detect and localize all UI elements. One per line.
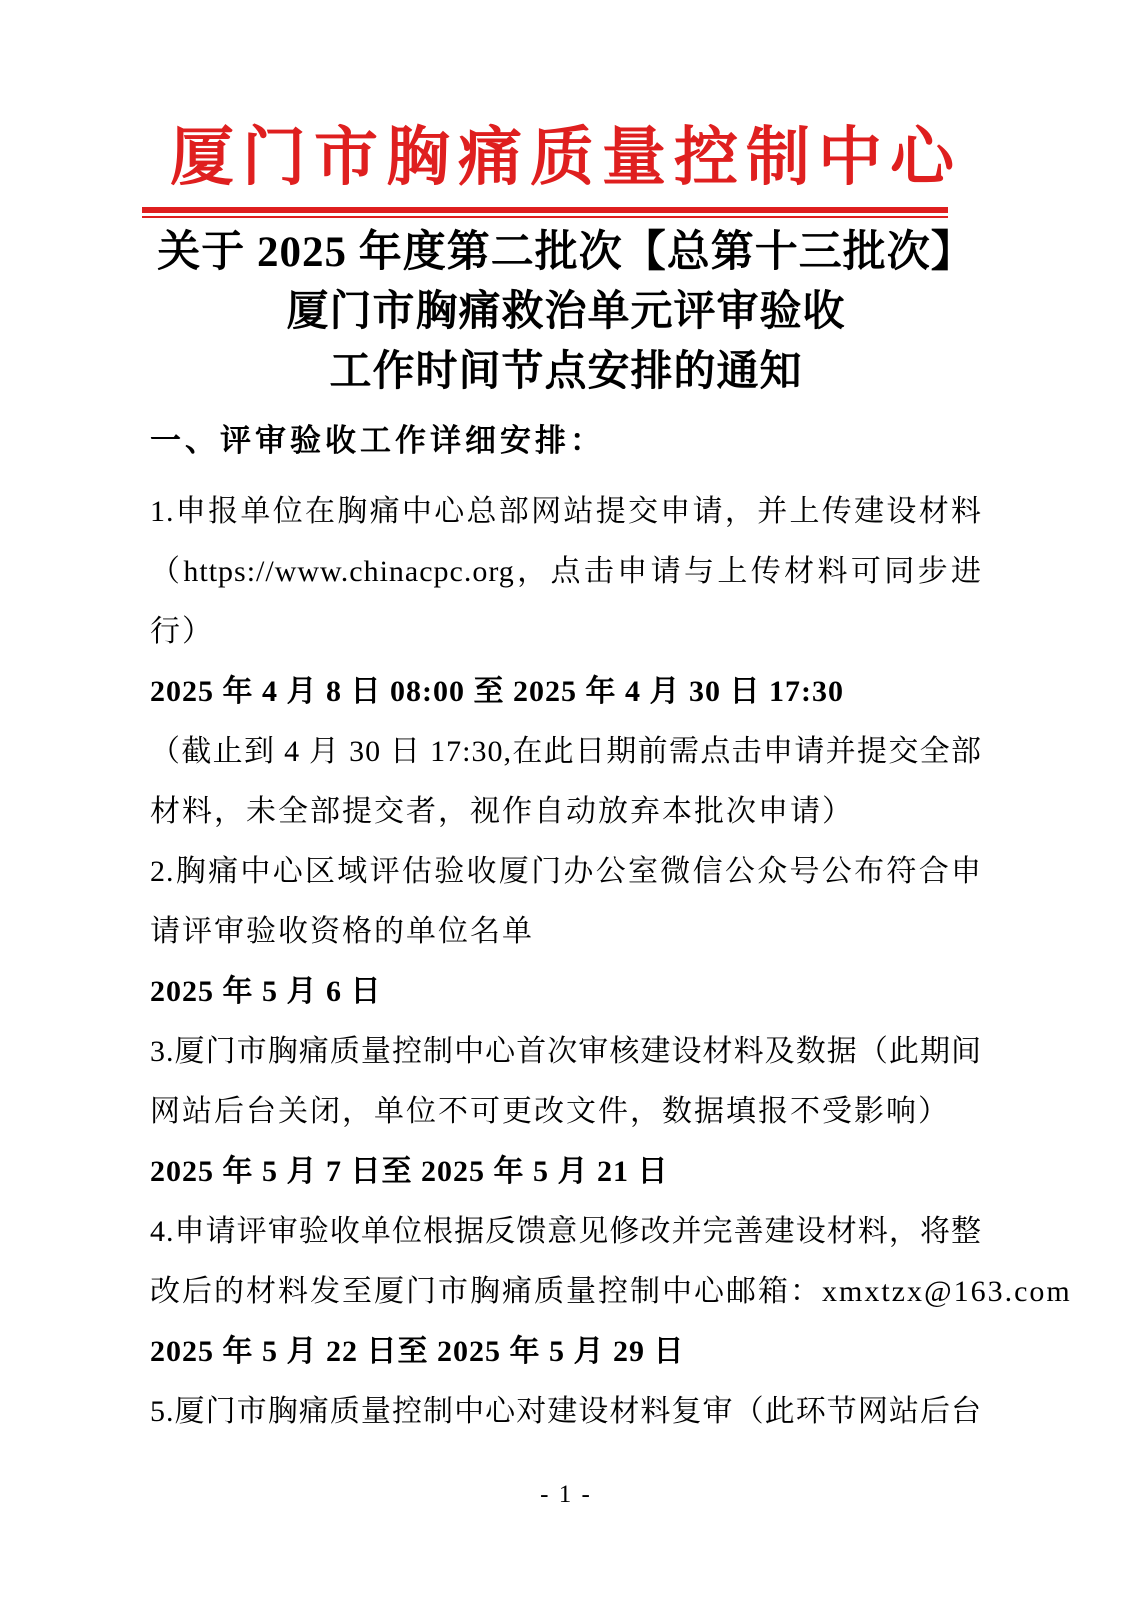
letterhead-rule-thick	[142, 207, 948, 213]
document-body: 1.申报单位在胸痛中心总部网站提交申请，并上传建设材料（https://www.…	[150, 482, 982, 1442]
body-line: 请评审验收资格的单位名单	[150, 902, 982, 962]
body-line: 3.厦门市胸痛质量控制中心首次审核建设材料及数据（此期间	[150, 1022, 982, 1082]
document-title-line: 关于 2025 年度第二批次【总第十三批次】	[0, 224, 1132, 282]
body-line: （https://www.chinacpc.org，点击申请与上传材料可同步进	[150, 542, 982, 602]
document-title: 关于 2025 年度第二批次【总第十三批次】 厦门市胸痛救治单元评审验收 工作时…	[0, 224, 1132, 402]
document-page: 厦门市胸痛质量控制中心 关于 2025 年度第二批次【总第十三批次】 厦门市胸痛…	[0, 0, 1132, 1600]
body-line: 材料，未全部提交者，视作自动放弃本批次申请）	[150, 782, 982, 842]
page-number: - 1 -	[0, 1478, 1132, 1512]
body-line: （截止到 4 月 30 日 17:30,在此日期前需点击申请并提交全部	[150, 722, 982, 782]
body-line: 2025 年 5 月 22 日至 2025 年 5 月 29 日	[150, 1322, 982, 1382]
body-line: 2025 年 4 月 8 日 08:00 至 2025 年 4 月 30 日 1…	[150, 662, 982, 722]
body-line: 改后的材料发至厦门市胸痛质量控制中心邮箱：xmxtzx@163.com	[150, 1262, 982, 1322]
body-line: 行）	[150, 602, 982, 662]
letterhead-rule-thin	[142, 216, 948, 218]
body-line: 2025 年 5 月 7 日至 2025 年 5 月 21 日	[150, 1142, 982, 1202]
body-line: 5.厦门市胸痛质量控制中心对建设材料复审（此环节网站后台	[150, 1382, 982, 1442]
body-line: 2025 年 5 月 6 日	[150, 962, 982, 1022]
body-line: 4.申请评审验收单位根据反馈意见修改并完善建设材料，将整	[150, 1202, 982, 1262]
document-title-line: 工作时间节点安排的通知	[0, 342, 1132, 402]
section-heading: 一、评审验收工作详细安排：	[150, 418, 1132, 464]
body-line: 2.胸痛中心区域评估验收厦门办公室微信公众号公布符合申	[150, 842, 982, 902]
letterhead-title: 厦门市胸痛质量控制中心	[0, 118, 1132, 198]
letterhead: 厦门市胸痛质量控制中心	[0, 118, 1132, 218]
body-line: 1.申报单位在胸痛中心总部网站提交申请，并上传建设材料	[150, 482, 982, 542]
body-line: 网站后台关闭，单位不可更改文件，数据填报不受影响）	[150, 1082, 982, 1142]
document-title-line: 厦门市胸痛救治单元评审验收	[0, 282, 1132, 342]
